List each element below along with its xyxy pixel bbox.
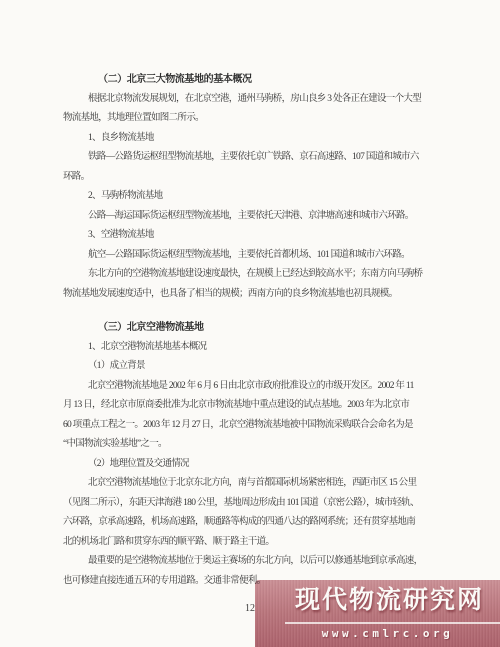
watermark-divider: [285, 622, 500, 624]
list-item: 1、北京空港物流基地基本概况: [63, 338, 455, 358]
text-line: 航空—公路国际货运枢纽型物流基地，主要依托首都机场、101 国道和城市六环路。: [63, 246, 455, 266]
text-line: 最重要的是空港物流基地位于奥运主赛场的东北方向，以后可以修通基地到京承高速，: [63, 552, 455, 572]
list-item: 1、良乡物流基地: [63, 129, 455, 149]
scanned-page: （二）北京三大物流基地的基本概况 根据北京物流发展规划，在北京空港，通州马驹桥，…: [0, 0, 500, 647]
text-line: （见图二所示），东距天津海港 180 公里，基地周边形成由 101 国道（京密公…: [63, 494, 455, 514]
text-line: 北京空港物流基地位于北京东北方向，南与首都国际机场紧密相连，西距市区 15 公里: [63, 474, 455, 494]
text-line: 公路—海运国际货运枢纽型物流基地，主要依托天津港、京津塘高速和城市六环路。: [63, 207, 455, 227]
text-line: 铁路—公路货运枢纽型物流基地，主要依托京广铁路、京石高速路、107 国道和城市六: [63, 148, 455, 168]
text-line: 60 项重点工程之一。2003 年 12 月 27 日，北京空港物流基地被中国物…: [63, 416, 455, 436]
text-line: 北的机场北门路和贯穿东西的顺平路、顺于路主干道。: [63, 533, 455, 553]
text-line: 根据北京物流发展规划，在北京空港，通州马驹桥，房山良乡 3 处各正在建设一个大型: [63, 90, 455, 110]
text-line: 物流基地发展速度适中，也具备了相当的规模；西南方向的良乡物流基地也初具规模。: [63, 285, 455, 305]
watermark-url: www.cmlrc.org: [255, 627, 500, 641]
watermark-stamp: 现代物流研究网 www.cmlrc.org: [255, 580, 500, 647]
list-item: （2）地理位置及交通情况: [63, 455, 455, 475]
text-line: 六环路，京承高速路，机场高速路，顺通路等构成的四通八达的路网系统；还有贯穿基地南: [63, 513, 455, 533]
watermark-title: 现代物流研究网: [255, 587, 500, 613]
section-heading: （二）北京三大物流基地的基本概况: [63, 70, 455, 90]
text-line: 环路。: [63, 168, 455, 188]
text-line: 物流基地，其地理位置如图二所示。: [63, 109, 455, 129]
list-item: 2、马驹桥物流基地: [63, 187, 455, 207]
list-item: 3、空港物流基地: [63, 226, 455, 246]
list-item: （1）成立背景: [63, 357, 455, 377]
text-line: 东北方向的空港物流基地建设速度最快，在规模上已经达到较高水平；东南方向马驹桥: [63, 265, 455, 285]
text-line: 月 13 日，经北京市原商委批准为北京市物流基地中重点建设的试点基地。2003 …: [63, 396, 455, 416]
section-heading: （三）北京空港物流基地: [63, 318, 455, 338]
document-body: （二）北京三大物流基地的基本概况 根据北京物流发展规划，在北京空港，通州马驹桥，…: [63, 70, 455, 591]
text-line: “中国物流实验基地”之一。: [63, 435, 455, 455]
text-line: 北京空港物流基地是 2002 年 6 月 6 日由北京市政府批准设立的市级开发区…: [63, 377, 455, 397]
